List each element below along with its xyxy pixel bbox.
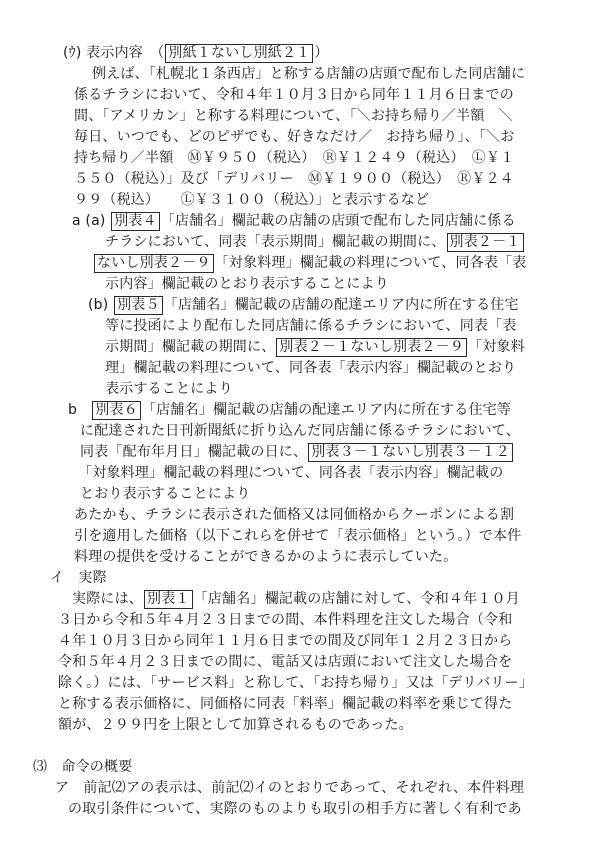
text-line: 示内容」欄記載のとおり表示することにより	[105, 274, 389, 295]
text-segment: あたかも、チラシに表示された価格又は同価格からクーポンによる割	[74, 507, 514, 523]
text-line: あたかも、チラシに表示された価格又は同価格からクーポンによる割	[74, 505, 514, 526]
text-line: イ 実際	[50, 568, 107, 589]
text-line: (ｳ) 表示内容 （別紙１ないし別紙２１）	[63, 43, 329, 64]
boxed-reference: 別表３－１ないし別表３－１２	[308, 443, 513, 462]
text-segment: ⑶ 命令の概要	[33, 759, 132, 775]
text-segment: 「店舗名」欄記載の店舗に対して、令和４年１０月	[194, 591, 520, 607]
text-line: 同表「配布年月日」欄記載の日に、別表３－１ないし別表３－１２	[80, 442, 514, 463]
text-segment: イ 実際	[50, 570, 107, 586]
text-line: 「対象料理」欄記載の料理について、同各表「表示内容」欄記載の	[78, 463, 503, 484]
text-segment: 持ち帰り／半額 Ⓜ￥９５０（税込） Ⓡ￥１２４９（税込） Ⓛ￥１	[74, 150, 514, 166]
text-line: 理」欄記載の料理について、同各表「表示内容」欄記載のとおり	[105, 358, 516, 379]
text-segment: ９９（税込） Ⓛ￥３１００（税込）」と表示するなど	[74, 192, 429, 208]
text-segment: とおり表示することにより	[80, 486, 250, 502]
text-line: 額が、２９９円を上限として加算されるものであった。	[58, 715, 413, 736]
text-segment: 除く。）には、「サービス料」と称して、「お持ち帰り」又は「デリバリー」	[58, 675, 533, 691]
text-segment: の取引条件について、実際のものよりも取引の相手方に著しく有利であ	[68, 801, 522, 817]
text-segment: ４年１０月３日から同年１１月６日までの間及び同年１２月２３日から	[58, 633, 512, 649]
text-segment: ３日から令和５年４月２３日までの間、本件料理を注文した場合（令和	[58, 612, 512, 628]
text-segment: 理」欄記載の料理について、同各表「表示内容」欄記載のとおり	[105, 360, 516, 376]
text-segment: 料理の提供を受けることができるかのように表示していた。	[74, 549, 457, 565]
text-segment: ）	[314, 45, 328, 61]
text-segment: 実際には、	[72, 591, 143, 607]
text-segment: 「対象料	[468, 339, 525, 355]
text-segment: 係るチラシにおいて、令和４年１０月３日から同年１１月６日までの	[74, 87, 514, 103]
text-line: 除く。）には、「サービス料」と称して、「お持ち帰り」又は「デリバリー」	[58, 673, 533, 694]
text-segment: 令和５年４月２３日までの間に、電話又は店頭において注文した場合を	[58, 654, 512, 670]
text-line: ３日から令和５年４月２３日までの間、本件料理を注文した場合（令和	[58, 610, 512, 631]
text-line: ４年１０月３日から同年１１月６日までの間及び同年１２月２３日から	[58, 631, 512, 652]
text-segment: 示期間」欄記載の期間に、	[105, 339, 275, 355]
boxed-reference: 別表４	[111, 212, 160, 231]
text-segment: (ｳ) 表示内容 （	[63, 45, 164, 61]
text-line: a (a) 別表４「店舗名」欄記載の店舗の店頭で配布した同店舗に係る	[72, 211, 516, 232]
text-segment: 毎日、いつでも、どのピザでも、好きなだけ／ お持ち帰り」、「＼お	[74, 129, 514, 145]
text-line: と称する表示価格に、同価格に同表「料率」欄記載の料率を乗じて得た	[58, 694, 512, 715]
text-line: 毎日、いつでも、どのピザでも、好きなだけ／ お持ち帰り」、「＼お	[74, 127, 514, 148]
text-segment: ５５０（税込）」及び「デリバリー Ⓜ￥１９００（税込） Ⓡ￥２４	[74, 171, 514, 187]
text-segment: a (a)	[72, 213, 110, 229]
text-line: 等に投函により配布した同店舗に係るチラシにおいて、同表「表	[105, 316, 517, 337]
text-segment: 引を適用した価格（以下これらを併せて「表示価格」という。）で本件	[74, 528, 521, 544]
text-line: b 別表６「店舗名」欄記載の店舗の配達エリア内に所在する住宅等	[68, 400, 511, 421]
text-segment: 同表「配布年月日」欄記載の日に、	[80, 444, 307, 460]
text-line: 料理の提供を受けることができるかのように表示していた。	[74, 547, 457, 568]
text-line: 間、「アメリカン」と称する料理について、「＼お持ち帰り／半額 ＼	[74, 106, 513, 127]
text-segment: 間、「アメリカン」と称する料理について、「＼お持ち帰り／半額 ＼	[74, 108, 513, 124]
text-segment: (b)	[88, 297, 113, 313]
text-segment: チラシにおいて、同表「表示期間」欄記載の期間に、	[105, 234, 446, 250]
text-line: ないし別表２－９「対象料理」欄記載の料理について、同各表「表	[93, 253, 526, 274]
boxed-reference: 別表１	[144, 590, 193, 609]
text-line: 令和５年４月２３日までの間に、電話又は店頭において注文した場合を	[58, 652, 512, 673]
text-segment: 額が、２９９円を上限として加算されるものであった。	[58, 717, 413, 733]
text-segment: 表示することにより	[105, 381, 233, 397]
text-segment: 等に投函により配布した同店舗に係るチラシにおいて、同表「表	[105, 318, 517, 334]
text-line: 表示することにより	[105, 379, 233, 400]
text-segment: ア 前記⑵アの表示は、前記⑵イのとおりであって、それぞれ、本件料理	[55, 780, 524, 796]
text-segment: 例えば、「札幌北１条西店」と称する店舗の店頭で配布した同店舗に	[92, 66, 525, 82]
text-line: (b) 別表５「店舗名」欄記載の店舗の配達エリア内に所在する住宅	[88, 295, 519, 316]
text-segment: 「店舗名」欄記載の店舗の配達エリア内に所在する住宅等	[142, 402, 511, 418]
text-segment: に配達された日刊新聞紙に折り込んだ同店舗に係るチラシにおいて、	[80, 423, 520, 439]
boxed-reference: 別表２－１	[447, 233, 524, 252]
text-line: チラシにおいて、同表「表示期間」欄記載の期間に、別表２－１	[105, 232, 525, 253]
boxed-reference: 別表５	[114, 296, 163, 315]
text-line: に配達された日刊新聞紙に折り込んだ同店舗に係るチラシにおいて、	[80, 421, 520, 442]
text-segment: 「対象料理」欄記載の料理について、同各表「表	[215, 255, 527, 271]
text-segment: 「店舗名」欄記載の店舗の配達エリア内に所在する住宅	[164, 297, 519, 313]
text-line: ⑶ 命令の概要	[33, 757, 132, 778]
text-line: 例えば、「札幌北１条西店」と称する店舗の店頭で配布した同店舗に	[92, 64, 525, 85]
text-line: ５５０（税込）」及び「デリバリー Ⓜ￥１９００（税込） Ⓡ￥２４	[74, 169, 514, 190]
boxed-reference: 別紙１ないし別紙２１	[165, 44, 313, 63]
boxed-reference: 別表２－１ないし別表２－９	[276, 338, 467, 357]
text-line: ア 前記⑵アの表示は、前記⑵イのとおりであって、それぞれ、本件料理	[55, 778, 524, 799]
document-page: (ｳ) 表示内容 （別紙１ないし別紙２１）例えば、「札幌北１条西店」と称する店舗…	[0, 0, 590, 852]
text-segment: と称する表示価格に、同価格に同表「料率」欄記載の料率を乗じて得た	[58, 696, 512, 712]
boxed-reference: ないし別表２－９	[94, 254, 214, 273]
text-segment: b	[68, 402, 91, 418]
text-line: 持ち帰り／半額 Ⓜ￥９５０（税込） Ⓡ￥１２４９（税込） Ⓛ￥１	[74, 148, 514, 169]
text-segment: 「店舗名」欄記載の店舗の店頭で配布した同店舗に係る	[161, 213, 516, 229]
text-line: 実際には、別表１「店舗名」欄記載の店舗に対して、令和４年１０月	[72, 589, 520, 610]
text-line: 示期間」欄記載の期間に、別表２－１ないし別表２－９「対象料	[105, 337, 525, 358]
text-line: の取引条件について、実際のものよりも取引の相手方に著しく有利であ	[68, 799, 522, 820]
text-segment: 「対象料理」欄記載の料理について、同各表「表示内容」欄記載の	[78, 465, 503, 481]
text-line: ９９（税込） Ⓛ￥３１００（税込）」と表示するなど	[74, 190, 429, 211]
boxed-reference: 別表６	[92, 401, 141, 420]
text-line: 引を適用した価格（以下これらを併せて「表示価格」という。）で本件	[74, 526, 521, 547]
text-line: 係るチラシにおいて、令和４年１０月３日から同年１１月６日までの	[74, 85, 514, 106]
text-line: とおり表示することにより	[80, 484, 250, 505]
text-segment: 示内容」欄記載のとおり表示することにより	[105, 276, 389, 292]
